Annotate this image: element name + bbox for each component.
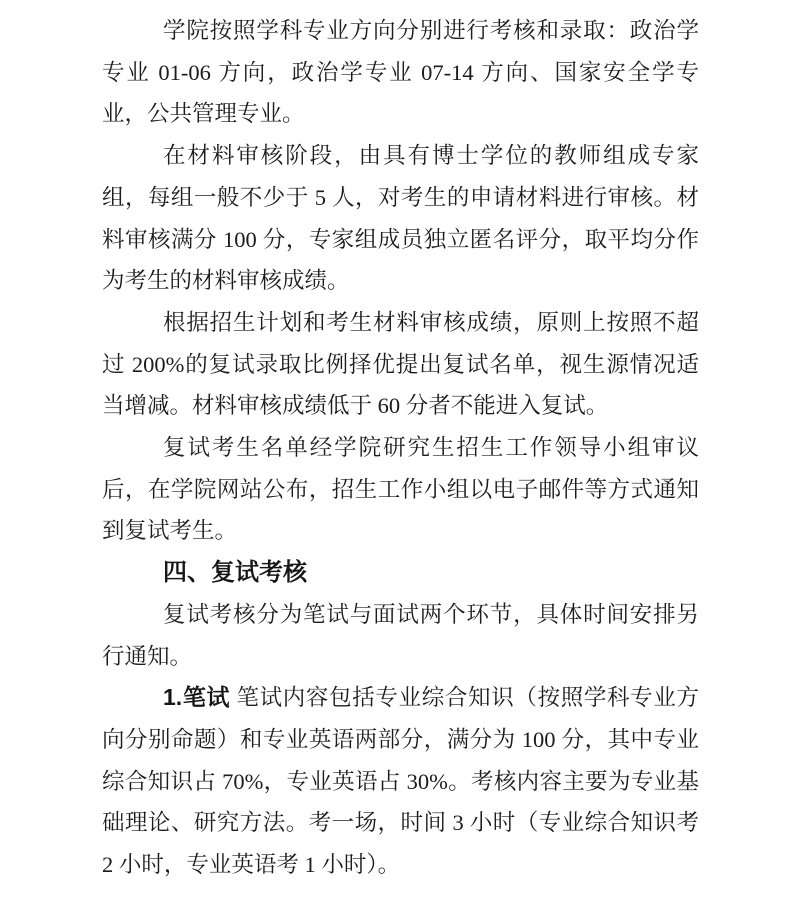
section-heading-reexamination-assessment: 四、复试考核 xyxy=(102,552,699,594)
document-page: 学院按照学科专业方向分别进行考核和录取：政治学专业 01-06 方向，政治学专业… xyxy=(0,0,799,897)
paragraph-shortlist-announcement: 复试考生名单经学院研究生招生工作领导小组审议后，在学院网站公布，招生工作小组以电… xyxy=(102,427,699,552)
written-test-description: 笔试内容包括专业综合知识（按照学科专业方向分别命题）和专业英语两部分，满分为 1… xyxy=(102,685,699,877)
written-test-label: 1.笔试 xyxy=(163,684,230,710)
paragraph-shortlist-ratio: 根据招生计划和考生材料审核成绩，原则上按照不超过 200%的复试录取比例择优提出… xyxy=(102,302,699,427)
paragraph-material-review: 在材料审核阶段，由具有博士学位的教师组成专家组，每组一般不少于 5 人，对考生的… xyxy=(102,135,699,302)
paragraph-exam-structure: 复试考核分为笔试与面试两个环节，具体时间安排另行通知。 xyxy=(102,594,699,677)
paragraph-recruitment-directions: 学院按照学科专业方向分别进行考核和录取：政治学专业 01-06 方向，政治学专业… xyxy=(102,10,699,135)
paragraph-written-test: 1.笔试 笔试内容包括专业综合知识（按照学科专业方向分别命题）和专业英语两部分，… xyxy=(102,677,699,886)
